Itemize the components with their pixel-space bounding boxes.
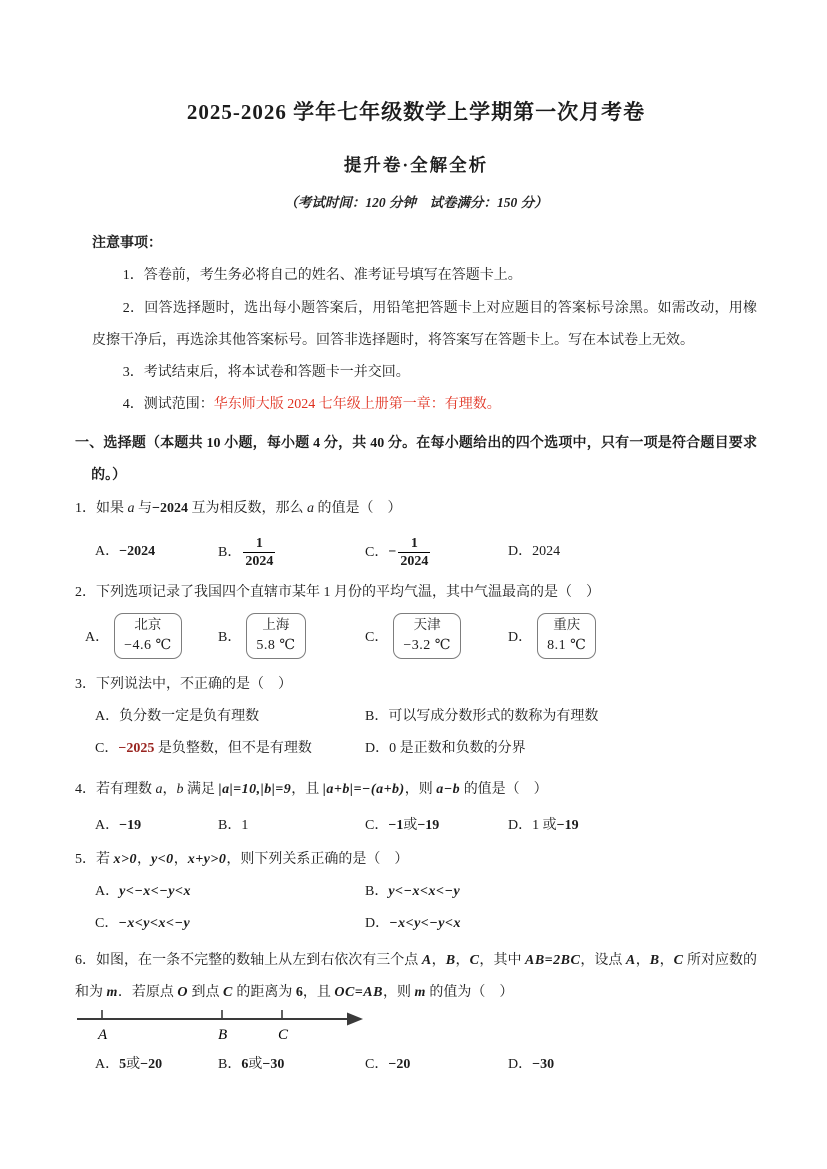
option-a: A． 北京−4.6 ℃ — [85, 613, 218, 659]
number-line-figure: A B C — [75, 1005, 375, 1047]
notice-section: 注意事项： 1．答卷前，考生务必将自己的姓名、准考证号填写在答题卡上。 2．回答… — [92, 228, 757, 421]
option-a: A．−2024 — [95, 544, 218, 561]
option-c: C．−1或−19 — [365, 810, 508, 842]
city-temperature-box: 上海5.8 ℃ — [246, 613, 305, 659]
question-5: 5．若 x>0，y<0，x+y>0，则下列关系正确的是（ ） A．y<−x<−y… — [75, 844, 757, 941]
option-b: B．6或−30 — [218, 1049, 365, 1081]
question-2: 2．下列选项记录了我国四个直辖市某年 1 月份的平均气温，其中气温最高的是（ ）… — [75, 577, 757, 661]
question-1-options: A．−2024 B．12024 C．−12024 D．2024 — [95, 531, 757, 575]
option-d: D．−30 — [508, 1049, 757, 1081]
option-b: B．可以写成分数形式的数称为有理数 — [365, 701, 757, 733]
question-3: 3．下列说法中，不正确的是（ ） A．负分数一定是负有理数 B．可以写成分数形式… — [75, 669, 757, 766]
page-title: 2025-2026 学年七年级数学上学期第一次月考卷 — [75, 98, 757, 127]
option-d: D．0 是正数和负数的分界 — [365, 733, 757, 765]
question-1: 1．如果 a 与−2024 互为相反数，那么 a 的值是（ ） A．−2024 … — [75, 493, 757, 575]
option-d: D．1 或−19 — [508, 810, 757, 842]
option-c: C．−x<y<x<−y — [95, 908, 365, 940]
section-1-heading: 一、选择题（本题共 10 小题，每小题 4 分，共 40 分。在每小题给出的四个… — [75, 428, 757, 492]
question-1-stem: 1．如果 a 与−2024 互为相反数，那么 a 的值是（ ） — [75, 493, 757, 525]
question-3-options: A．负分数一定是负有理数 B．可以写成分数形式的数称为有理数 C．−2025 是… — [95, 701, 757, 765]
question-3-stem: 3．下列说法中，不正确的是（ ） — [75, 669, 757, 701]
option-b: B． 上海5.8 ℃ — [218, 613, 365, 659]
city-temperature-box: 北京−4.6 ℃ — [114, 613, 182, 659]
city-temperature-box: 天津−3.2 ℃ — [393, 613, 461, 659]
option-a: A．负分数一定是负有理数 — [95, 701, 365, 733]
notice-item-2: 2．回答选择题时，选出每小题答案后，用铅笔把答题卡上对应题目的答案标号涂黑。如需… — [92, 293, 757, 357]
question-4: 4．若有理数 a，b 满足 |a|=10,|b|=9，且 |a+b|=−(a+b… — [75, 774, 757, 842]
option-a: A．−19 — [95, 810, 218, 842]
option-d: D．2024 — [508, 544, 757, 561]
question-5-stem: 5．若 x>0，y<0，x+y>0，则下列关系正确的是（ ） — [75, 844, 757, 876]
question-2-stem: 2．下列选项记录了我国四个直辖市某年 1 月份的平均气温，其中气温最高的是（ ） — [75, 577, 757, 609]
point-b-label: B — [218, 1027, 227, 1043]
question-2-options: A． 北京−4.6 ℃ B． 上海5.8 ℃ C． 天津−3.2 ℃ D． 重庆… — [85, 611, 757, 661]
point-a-label: A — [97, 1027, 108, 1043]
option-c: C．−2025 是负整数，但不是有理数 — [95, 733, 365, 765]
question-4-stem: 4．若有理数 a，b 满足 |a|=10,|b|=9，且 |a+b|=−(a+b… — [75, 774, 757, 806]
option-c: C． 天津−3.2 ℃ — [365, 613, 508, 659]
option-b: B．1 — [218, 810, 365, 842]
point-c-label: C — [278, 1027, 289, 1043]
question-6: 6．如图，在一条不完整的数轴上从左到右依次有三个点 A，B，C，其中 AB=2B… — [75, 945, 757, 1082]
exam-paper-page: 2025-2026 学年七年级数学上学期第一次月考卷 提升卷·全解全析 （考试时… — [0, 0, 827, 1169]
question-4-options: A．−19 B．1 C．−1或−19 D．1 或−19 — [95, 810, 757, 842]
fraction: 12024 — [398, 535, 430, 571]
notice-item-3: 3．考试结束后，将本试卷和答题卡一并交回。 — [92, 357, 757, 389]
option-c: C．−12024 — [365, 535, 508, 571]
fraction: 12024 — [243, 535, 275, 571]
notice-item-1: 1．答卷前，考生务必将自己的姓名、准考证号填写在答题卡上。 — [92, 260, 757, 292]
option-c: C．−20 — [365, 1049, 508, 1081]
question-5-options: A．y<−x<−y<x B．y<−x<x<−y C．−x<y<x<−y D．−x… — [95, 876, 757, 940]
notice-heading: 注意事项： — [92, 228, 757, 260]
option-b: B．y<−x<x<−y — [365, 876, 757, 908]
paper-content: 2025-2026 学年七年级数学上学期第一次月考卷 提升卷·全解全析 （考试时… — [75, 0, 757, 1081]
question-6-options: A．5或−20 B．6或−30 C．−20 D．−30 — [95, 1049, 757, 1081]
option-d: D． 重庆8.1 ℃ — [508, 613, 757, 659]
arrow-right-icon — [347, 1012, 363, 1025]
option-a: A．y<−x<−y<x — [95, 876, 365, 908]
city-temperature-box: 重庆8.1 ℃ — [537, 613, 596, 659]
option-d: D．−x<y<−y<x — [365, 908, 757, 940]
question-6-stem: 6．如图，在一条不完整的数轴上从左到右依次有三个点 A，B，C，其中 AB=2B… — [75, 945, 757, 1009]
page-subtitle: 提升卷·全解全析 — [75, 153, 757, 178]
exam-info-line: （考试时间：120 分钟 试卷满分：150 分） — [75, 193, 757, 213]
notice-item-4: 4．测试范围：华东师大版 2024 七年级上册第一章：有理数。 — [92, 389, 757, 421]
option-b: B．12024 — [218, 535, 365, 571]
option-a: A．5或−20 — [95, 1049, 218, 1081]
